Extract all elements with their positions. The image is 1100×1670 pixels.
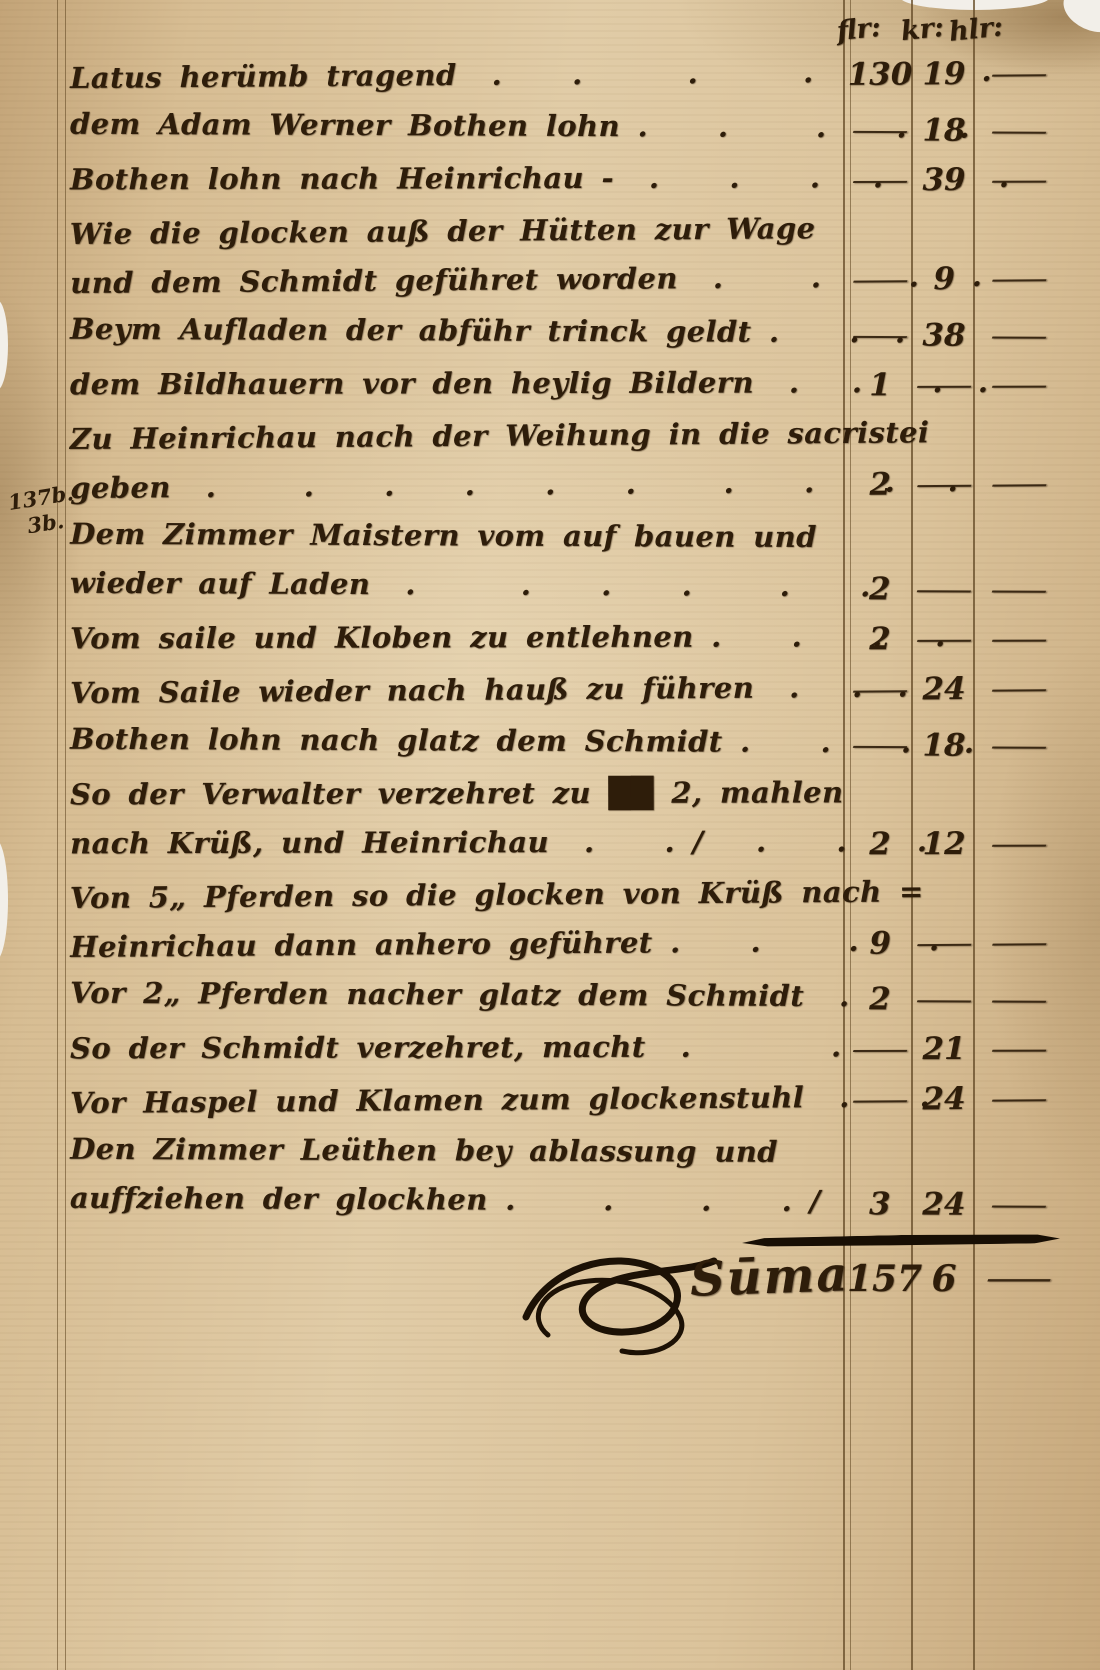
amount-heller: —: [935, 53, 1100, 94]
entry-line: Latus herümb tragend . . . . . .: [70, 48, 845, 103]
suma-amount-florin: 157: [847, 1259, 913, 1299]
ledger-entry: Zu Heinrichau nach der Weihung in die sa…: [70, 407, 1100, 513]
entry-description: Vom Saile wieder nach hauß zu führen . .…: [70, 663, 845, 718]
entry-description: So der Schmidt verzehret, macht . .: [70, 1022, 845, 1073]
entry-line: Vom saile und Kloben zu entlehnen . . . …: [70, 612, 845, 663]
amount-heller: —: [935, 922, 1100, 963]
entry-description: Den Zimmer Leüthen bey ablassung undauff…: [70, 1125, 845, 1226]
amount-heller: —: [935, 726, 1100, 767]
entry-line: Dem Zimmer Maistern vom auf bauen und: [70, 510, 845, 562]
ledger-entry: Vor 2„ Pferden nacher glatz dem Schmidt …: [70, 969, 1100, 1022]
amount-heller: —: [935, 316, 1100, 357]
amount-heller: —: [935, 570, 1100, 611]
amount-heller: —: [935, 160, 1100, 200]
amount-heller: —: [935, 668, 1100, 709]
entry-line: Zu Heinrichau nach der Weihung in die sa…: [70, 409, 845, 464]
ledger-entry: Den Zimmer Leüthen bey ablassung undauff…: [70, 1125, 1100, 1227]
margin-note: 137b. 3b.: [6, 482, 65, 541]
entry-line: Vor Haspel und Klamen zum glockenstuhl .…: [70, 1073, 845, 1128]
entry-line: So der Schmidt verzehret, macht . .: [70, 1022, 845, 1073]
ledger-entry: So der Verwalter verzehret zu ██ 2, mahl…: [70, 768, 1100, 869]
entry-description: Beym Aufladen der abführ trinck geldt . …: [70, 305, 845, 357]
paper-tear: [0, 300, 8, 390]
entry-line: dem Adam Werner Bothen lohn . . . . .: [70, 100, 845, 152]
entry-line: geben . . . . . . . . . .: [70, 458, 845, 513]
margin-rule-left-inner: [65, 0, 66, 1670]
amount-florin: 130: [847, 54, 913, 95]
entry-line: und dem Schmidt geführet worden . . . .: [70, 253, 845, 308]
ledger-entry: Vor Haspel und Klamen zum glockenstuhl .…: [70, 1071, 1100, 1128]
ledger-entry: Vom saile und Kloben zu entlehnen . . . …: [70, 612, 1100, 664]
entry-description: dem Adam Werner Bothen lohn . . . . .: [70, 100, 845, 152]
entry-line: Beym Aufladen der abführ trinck geldt . …: [70, 305, 845, 357]
ledger-entries: Latus herümb tragend . . . . . . 130 19 …: [70, 50, 1100, 1381]
ledger-entry: Beym Aufladen der abführ trinck geldt . …: [70, 305, 1100, 358]
ledger-entry: Wie die glocken auß der Hütten zur Wageu…: [70, 202, 1100, 308]
amount-heller: —: [935, 1078, 1100, 1119]
amount-heller: —: [935, 980, 1100, 1021]
amount-heller: —: [935, 824, 1100, 864]
ledger-entry: Bothen lohn nach Heinrichau - . . . . . …: [70, 153, 1100, 205]
entry-description: Bothen lohn nach Heinrichau - . . . . . …: [70, 153, 845, 204]
amount-heller: —: [935, 1029, 1100, 1069]
entry-line: Vom Saile wieder nach hauß zu führen . .…: [70, 663, 845, 718]
ledger-entry: Von 5„ Pferden so die glocken von Krüß n…: [70, 866, 1100, 972]
entry-description: Von 5„ Pferden so die glocken von Krüß n…: [70, 868, 846, 972]
margin-rule-left-outer: [57, 0, 58, 1670]
paper-tear: [0, 840, 8, 960]
entry-description: Dem Zimmer Maistern vom auf bauen undwie…: [70, 510, 845, 611]
ledger-entry: dem Bildhauern vor den heylig Bildern . …: [70, 358, 1100, 410]
entry-line: dem Bildhauern vor den heylig Bildern . …: [70, 358, 845, 409]
entry-description: dem Bildhauern vor den heylig Bildern . …: [70, 358, 845, 409]
entry-line: Bothen lohn nach glatz dem Schmidt . . .…: [70, 715, 845, 767]
entry-line: auffziehen der glockhen . . . . /: [70, 1174, 845, 1226]
suma-amount-heller: —: [935, 1259, 1100, 1299]
entry-line: Bothen lohn nach Heinrichau - . . . . . …: [70, 153, 845, 204]
sum-stroke: [742, 1232, 1060, 1249]
amount-heller: —: [935, 1185, 1100, 1226]
entry-line: Vor 2„ Pferden nacher glatz dem Schmidt …: [70, 969, 845, 1021]
entry-description: Vom saile und Kloben zu entlehnen . . . …: [70, 612, 845, 663]
ledger-entry: Dem Zimmer Maistern vom auf bauen undwie…: [70, 510, 1100, 612]
entry-description: Wie die glocken auß der Hütten zur Wageu…: [70, 204, 846, 308]
ledger-entry: dem Adam Werner Bothen lohn . . . . . — …: [70, 100, 1100, 153]
suma-label: Sūma: [689, 1246, 850, 1308]
amount-florin: 2: [847, 824, 913, 864]
margin-note-line: 3b.: [26, 508, 66, 538]
ledger-entry: Latus herümb tragend . . . . . . 130 19 …: [70, 46, 1100, 103]
ledger-entry: Vom Saile wieder nach hauß zu führen . .…: [70, 661, 1100, 718]
entry-line: Den Zimmer Leüthen bey ablassung und: [70, 1125, 845, 1177]
entry-description: Bothen lohn nach glatz dem Schmidt . . .…: [70, 715, 845, 767]
amount-heller: —: [935, 111, 1100, 152]
amount-heller: —: [935, 258, 1100, 299]
entry-description: Vor Haspel und Klamen zum glockenstuhl .…: [70, 1073, 845, 1128]
sum-row: Sūma1576—: [70, 1231, 1100, 1381]
entry-line: Von 5„ Pferden so die glocken von Krüß n…: [70, 868, 845, 923]
paper-tear: [900, 0, 1050, 10]
ledger-entry: Bothen lohn nach glatz dem Schmidt . . .…: [70, 715, 1100, 768]
entry-description: Latus herümb tragend . . . . . .: [70, 48, 845, 103]
amount-heller: —: [935, 365, 1100, 405]
entry-line: Heinrichau dann anhero geführet . . . .: [70, 917, 845, 972]
amount-florin: 3: [847, 1184, 913, 1224]
ledger-page: flr: kr: hlr: 137b. 3b. Latus herümb tra…: [0, 0, 1100, 1670]
amount-heller: —: [935, 463, 1100, 504]
paper-tear: [1056, 0, 1100, 41]
entry-description: Zu Heinrichau nach der Weihung in die sa…: [70, 409, 846, 513]
ledger-entry: So der Schmidt verzehret, macht . . — 21…: [70, 1022, 1100, 1074]
entry-description: So der Verwalter verzehret zu ██ 2, mahl…: [70, 768, 845, 868]
entry-description: Vor 2„ Pferden nacher glatz dem Schmidt …: [70, 969, 845, 1021]
amount-heller: —: [935, 619, 1100, 659]
entry-line: nach Krüß, und Heinrichau . . / . . .: [70, 817, 845, 868]
entry-line: Wie die glocken auß der Hütten zur Wage: [70, 204, 845, 259]
entry-line: So der Verwalter verzehret zu ██ 2, mahl…: [70, 768, 845, 819]
entry-line: wieder auf Laden . . . . . .: [70, 559, 845, 611]
